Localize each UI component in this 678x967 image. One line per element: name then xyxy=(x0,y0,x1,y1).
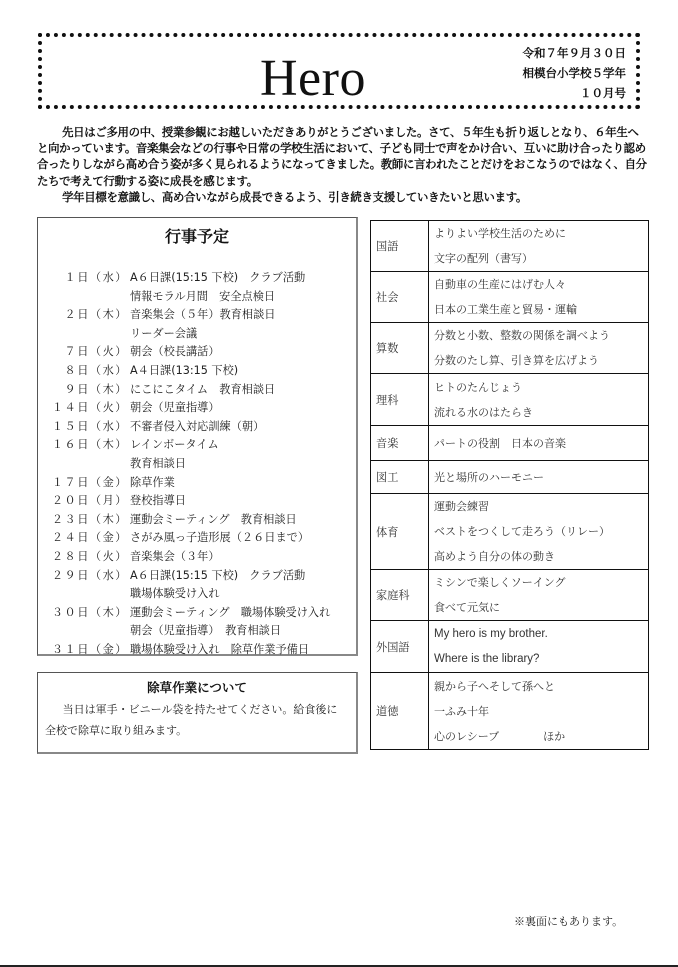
note-line: 全校で除草に取り組みます。 xyxy=(45,720,355,741)
subject-name: 体育 xyxy=(371,494,429,570)
events-title: 行事予定 xyxy=(38,226,356,248)
subject-topic: パートの役割 日本の音楽 xyxy=(434,431,648,456)
subject-topic: よりよい学校生活のために xyxy=(434,221,648,246)
event-date xyxy=(38,622,130,641)
event-date: １日（水） xyxy=(38,269,130,288)
event-date: ９日（木） xyxy=(38,381,130,400)
event-text: A４日課(13:15 下校) xyxy=(130,362,238,381)
event-row: １６日（木）レインボータイム xyxy=(38,436,356,455)
subject-topics: ミシンで楽しくソーイング食べて元気に xyxy=(429,570,649,621)
event-date xyxy=(38,585,130,604)
subject-topic: 文字の配列（書写） xyxy=(434,246,648,271)
event-text: 情報モラル月間 安全点検日 xyxy=(130,288,275,307)
event-date: ２３日（木） xyxy=(38,511,130,530)
event-text: 音楽集会（５年）教育相談日 xyxy=(130,306,275,325)
subject-topics: My hero is my brother.Where is the libra… xyxy=(429,621,649,673)
event-row: ２９日（水）A６日課(15:15 下校) クラブ活動 xyxy=(38,567,356,586)
event-row: ２４日（金）さがみ風っ子造形展（２６日まで） xyxy=(38,529,356,548)
issue-number: １０月号 xyxy=(523,83,627,103)
events-schedule: 行事予定 １日（水）A６日課(15:15 下校) クラブ活動情報モラル月間 安全… xyxy=(37,217,358,656)
event-text: 不審者侵入対応訓練（朝） xyxy=(130,418,264,437)
subject-topics: 自動車の生産にはげむ人々日本の工業生産と貿易・運輸 xyxy=(429,272,649,323)
subject-topic: 心のレシーブ ほか xyxy=(434,724,648,749)
subject-topic: 親から子へそして孫へと xyxy=(434,674,648,699)
newsletter-header: Hero 令和７年９月３０日 相模台小学校５学年 １０月号 xyxy=(38,33,640,109)
event-row: ９日（木）にこにこタイム 教育相談日 xyxy=(38,381,356,400)
intro-paragraph: 先日はご多用の中、授業参観にお越しいただきありがとうございました。さて、５年生も… xyxy=(37,124,649,189)
subject-name: 道徳 xyxy=(371,673,429,750)
school-grade: 相模台小学校５学年 xyxy=(523,63,627,83)
subject-topics: ヒトのたんじょう流れる水のはたらき xyxy=(429,374,649,426)
subject-topic: ヒトのたんじょう xyxy=(434,375,648,400)
subject-row: 体育運動会練習ベストをつくして走ろう（リレー）高めよう自分の体の動き xyxy=(371,494,649,570)
event-date: １５日（水） xyxy=(38,418,130,437)
subject-topics: よりよい学校生活のために文字の配列（書写） xyxy=(429,221,649,272)
subject-topic: 食べて元気に xyxy=(434,595,648,620)
event-row: ７日（火）朝会（校長講話） xyxy=(38,343,356,362)
subject-topic: 分数と小数、整数の関係を調べよう xyxy=(434,323,648,348)
event-text: にこにこタイム 教育相談日 xyxy=(130,381,275,400)
subject-topic: 自動車の生産にはげむ人々 xyxy=(434,272,648,297)
event-text: レインボータイム xyxy=(130,436,219,455)
subject-name: 理科 xyxy=(371,374,429,426)
event-text: A６日課(15:15 下校) クラブ活動 xyxy=(130,269,305,288)
subject-row: 音楽パートの役割 日本の音楽 xyxy=(371,426,649,461)
event-row: 情報モラル月間 安全点検日 xyxy=(38,288,356,307)
subject-topic: 光と場所のハーモニー xyxy=(434,465,648,490)
event-row: ２３日（木）運動会ミーティング 教育相談日 xyxy=(38,511,356,530)
event-date: ２０日（月） xyxy=(38,492,130,511)
event-text: さがみ風っ子造形展（２６日まで） xyxy=(130,529,309,548)
subject-topics: 光と場所のハーモニー xyxy=(429,461,649,494)
event-row: ２０日（月）登校指導日 xyxy=(38,492,356,511)
event-text: リーダー会議 xyxy=(130,325,197,344)
event-date xyxy=(38,455,130,474)
footer-note: ※裏面にもあります。 xyxy=(514,913,623,929)
subject-row: 家庭科ミシンで楽しくソーイング食べて元気に xyxy=(371,570,649,621)
event-text: 登校指導日 xyxy=(130,492,186,511)
note-title: 除草作業について xyxy=(38,679,356,697)
subject-topics: 運動会練習ベストをつくして走ろう（リレー）高めよう自分の体の動き xyxy=(429,494,649,570)
newsletter-title: Hero xyxy=(260,51,366,107)
subject-name: 音楽 xyxy=(371,426,429,461)
event-date: ２８日（火） xyxy=(38,548,130,567)
event-row: １５日（水）不審者侵入対応訓練（朝） xyxy=(38,418,356,437)
event-date: ３０日（木） xyxy=(38,604,130,623)
event-date: ７日（火） xyxy=(38,343,130,362)
subject-topic: 運動会練習 xyxy=(434,494,648,519)
event-row: ３０日（木）運動会ミーティング 職場体験受け入れ xyxy=(38,604,356,623)
subject-row: 国語よりよい学校生活のために文字の配列（書写） xyxy=(371,221,649,272)
event-date: ３１日（金） xyxy=(38,641,130,660)
event-row: ２日（木）音楽集会（５年）教育相談日 xyxy=(38,306,356,325)
event-row: 朝会（児童指導） 教育相談日 xyxy=(38,622,356,641)
subject-topics: 分数と小数、整数の関係を調べよう分数のたし算、引き算を広げよう xyxy=(429,323,649,374)
subject-row: 算数分数と小数、整数の関係を調べよう分数のたし算、引き算を広げよう xyxy=(371,323,649,374)
subject-row: 社会自動車の生産にはげむ人々日本の工業生産と貿易・運輸 xyxy=(371,272,649,323)
subject-name: 国語 xyxy=(371,221,429,272)
event-text: 運動会ミーティング 教育相談日 xyxy=(130,511,297,530)
subject-topic: 日本の工業生産と貿易・運輸 xyxy=(434,297,648,322)
note-line: 当日は軍手・ビニール袋を持たせてください。給食後に xyxy=(45,699,355,720)
subject-name: 算数 xyxy=(371,323,429,374)
event-row: １日（水）A６日課(15:15 下校) クラブ活動 xyxy=(38,269,356,288)
event-row: 職場体験受け入れ xyxy=(38,585,356,604)
subject-name: 社会 xyxy=(371,272,429,323)
subject-topic: ベストをつくして走ろう（リレー） xyxy=(434,519,648,544)
subject-topic: 分数のたし算、引き算を広げよう xyxy=(434,348,648,373)
event-text: 朝会（児童指導） xyxy=(130,399,220,418)
event-row: ３１日（金）職場体験受け入れ 除草作業予備日 xyxy=(38,641,356,660)
event-row: １７日（金）除草作業 xyxy=(38,474,356,493)
weeding-note: 除草作業について 当日は軍手・ビニール袋を持たせてください。給食後に 全校で除草… xyxy=(37,672,358,754)
subjects-table: 国語よりよい学校生活のために文字の配列（書写）社会自動車の生産にはげむ人々日本の… xyxy=(370,220,649,750)
event-date xyxy=(38,325,130,344)
event-date: ２４日（金） xyxy=(38,529,130,548)
intro-text: 先日はご多用の中、授業参観にお越しいただきありがとうございました。さて、５年生も… xyxy=(37,124,649,205)
subject-topic: 一ふみ十年 xyxy=(434,699,648,724)
event-row: ２８日（火）音楽集会（３年） xyxy=(38,548,356,567)
subject-name: 外国語 xyxy=(371,621,429,673)
event-date xyxy=(38,288,130,307)
subject-topics: 親から子へそして孫へと一ふみ十年心のレシーブ ほか xyxy=(429,673,649,750)
event-text: 職場体験受け入れ 除草作業予備日 xyxy=(130,641,309,660)
subject-row: 道徳親から子へそして孫へと一ふみ十年心のレシーブ ほか xyxy=(371,673,649,750)
subject-topic: ミシンで楽しくソーイング xyxy=(434,570,648,595)
events-list: １日（水）A６日課(15:15 下校) クラブ活動情報モラル月間 安全点検日２日… xyxy=(38,269,356,659)
event-text: 除草作業 xyxy=(130,474,175,493)
event-text: 音楽集会（３年） xyxy=(130,548,220,567)
subject-row: 図工光と場所のハーモニー xyxy=(371,461,649,494)
event-text: 職場体験受け入れ xyxy=(130,585,220,604)
event-date: １７日（金） xyxy=(38,474,130,493)
subject-topic: My hero is my brother. xyxy=(434,622,648,647)
subject-name: 家庭科 xyxy=(371,570,429,621)
subject-name: 図工 xyxy=(371,461,429,494)
event-date: １６日（木） xyxy=(38,436,130,455)
event-text: 運動会ミーティング 職場体験受け入れ xyxy=(130,604,330,623)
issue-date: 令和７年９月３０日 xyxy=(523,43,627,63)
event-row: １４日（火）朝会（児童指導） xyxy=(38,399,356,418)
subject-row: 外国語My hero is my brother.Where is the li… xyxy=(371,621,649,673)
subject-topics: パートの役割 日本の音楽 xyxy=(429,426,649,461)
event-text: 教育相談日 xyxy=(130,455,186,474)
event-text: A６日課(15:15 下校) クラブ活動 xyxy=(130,567,305,586)
event-date: ８日（水） xyxy=(38,362,130,381)
subject-row: 理科ヒトのたんじょう流れる水のはたらき xyxy=(371,374,649,426)
intro-paragraph: 学年目標を意識し、高め合いながら成長できるよう、引き続き支援していきたいと思いま… xyxy=(37,189,649,205)
subject-topic: Where is the library? xyxy=(434,647,648,672)
event-date: ２９日（水） xyxy=(38,567,130,586)
event-row: リーダー会議 xyxy=(38,325,356,344)
subject-topic: 流れる水のはたらき xyxy=(434,400,648,425)
header-meta: 令和７年９月３０日 相模台小学校５学年 １０月号 xyxy=(523,43,627,103)
event-text: 朝会（児童指導） 教育相談日 xyxy=(130,622,281,641)
event-row: ８日（水）A４日課(13:15 下校) xyxy=(38,362,356,381)
event-date: １４日（火） xyxy=(38,399,130,418)
event-date: ２日（木） xyxy=(38,306,130,325)
subject-topic: 高めよう自分の体の動き xyxy=(434,544,648,569)
event-text: 朝会（校長講話） xyxy=(130,343,220,362)
event-row: 教育相談日 xyxy=(38,455,356,474)
note-body: 当日は軍手・ビニール袋を持たせてください。給食後に 全校で除草に取り組みます。 xyxy=(45,699,355,741)
